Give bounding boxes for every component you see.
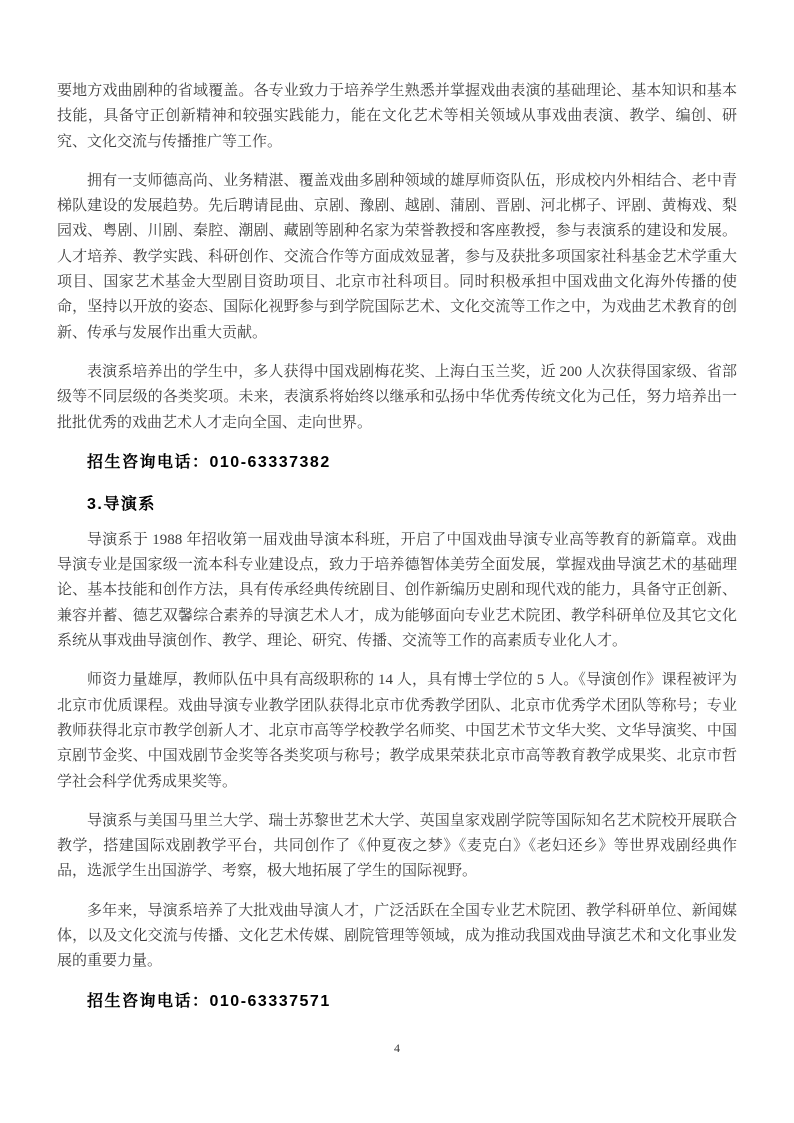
paragraph-directing-faculty: 师资力量雄厚，教师队伍中具有高级职称的 14 人，具有博士学位的 5 人。《导演… bbox=[57, 668, 737, 794]
document-content: 要地方戏曲剧种的省域覆盖。各专业致力于培养学生熟悉并掌握戏曲表演的基础理论、基本… bbox=[57, 79, 737, 1015]
admission-phone-performance: 招生咨询电话：010-63337382 bbox=[87, 450, 737, 476]
paragraph-performance-overview-continued: 要地方戏曲剧种的省域覆盖。各专业致力于培养学生熟悉并掌握戏曲表演的基础理论、基本… bbox=[57, 79, 737, 155]
document-page: 要地方戏曲剧种的省域覆盖。各专业致力于培养学生熟悉并掌握戏曲表演的基础理论、基本… bbox=[0, 0, 794, 1123]
paragraph-directing-intro: 导演系于 1988 年招收第一届戏曲导演本科班，开启了中国戏曲导演专业高等教育的… bbox=[57, 528, 737, 654]
paragraph-performance-students: 表演系培养出的学生中，多人获得中国戏剧梅花奖、上海白玉兰奖，近 200 人次获得… bbox=[57, 360, 737, 436]
section-heading-directing-dept: 3.导演系 bbox=[87, 492, 737, 518]
paragraph-directing-alumni: 多年来，导演系培养了大批戏曲导演人才，广泛活跃在全国专业艺术院团、教学科研单位、… bbox=[57, 899, 737, 975]
paragraph-directing-international: 导演系与美国马里兰大学、瑞士苏黎世艺术大学、英国皇家戏剧学院等国际知名艺术院校开… bbox=[57, 809, 737, 885]
page-number: 4 bbox=[0, 1040, 794, 1056]
admission-phone-directing: 招生咨询电话：010-63337571 bbox=[87, 989, 737, 1015]
paragraph-performance-faculty: 拥有一支师德高尚、业务精湛、覆盖戏曲多剧种领域的雄厚师资队伍，形成校内外相结合、… bbox=[57, 169, 737, 346]
